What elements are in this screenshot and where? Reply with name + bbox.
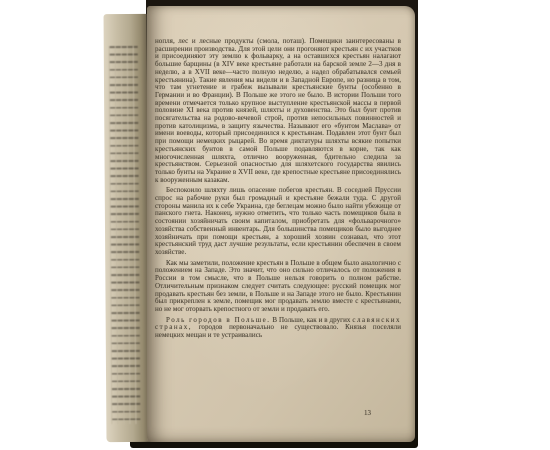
paragraph-text: городов первоначально не существовало. К…: [155, 323, 401, 339]
book-photo: нопля, лес и лесные продукты (смола, пот…: [0, 0, 550, 450]
paragraph-comparison-russia: Как мы заметили, положение крестьян в По…: [155, 260, 401, 314]
paragraph-continuation: нопля, лес и лесные продукты (смола, пот…: [155, 38, 401, 184]
page-text-block: нопля, лес и лесные продукты (смола, пот…: [155, 38, 401, 340]
right-page: нопля, лес и лесные продукты (смола, пот…: [147, 6, 415, 442]
page-number: 13: [364, 409, 371, 417]
paragraph-peasant-flight: Беспокоило шляхту лишь опасение побегов …: [155, 187, 401, 256]
paragraph-role-of-cities: Роль городов в Польше. В Польше, как и в…: [155, 317, 401, 340]
left-page-edge: [104, 14, 150, 442]
left-page-blurred-text: [109, 46, 141, 424]
